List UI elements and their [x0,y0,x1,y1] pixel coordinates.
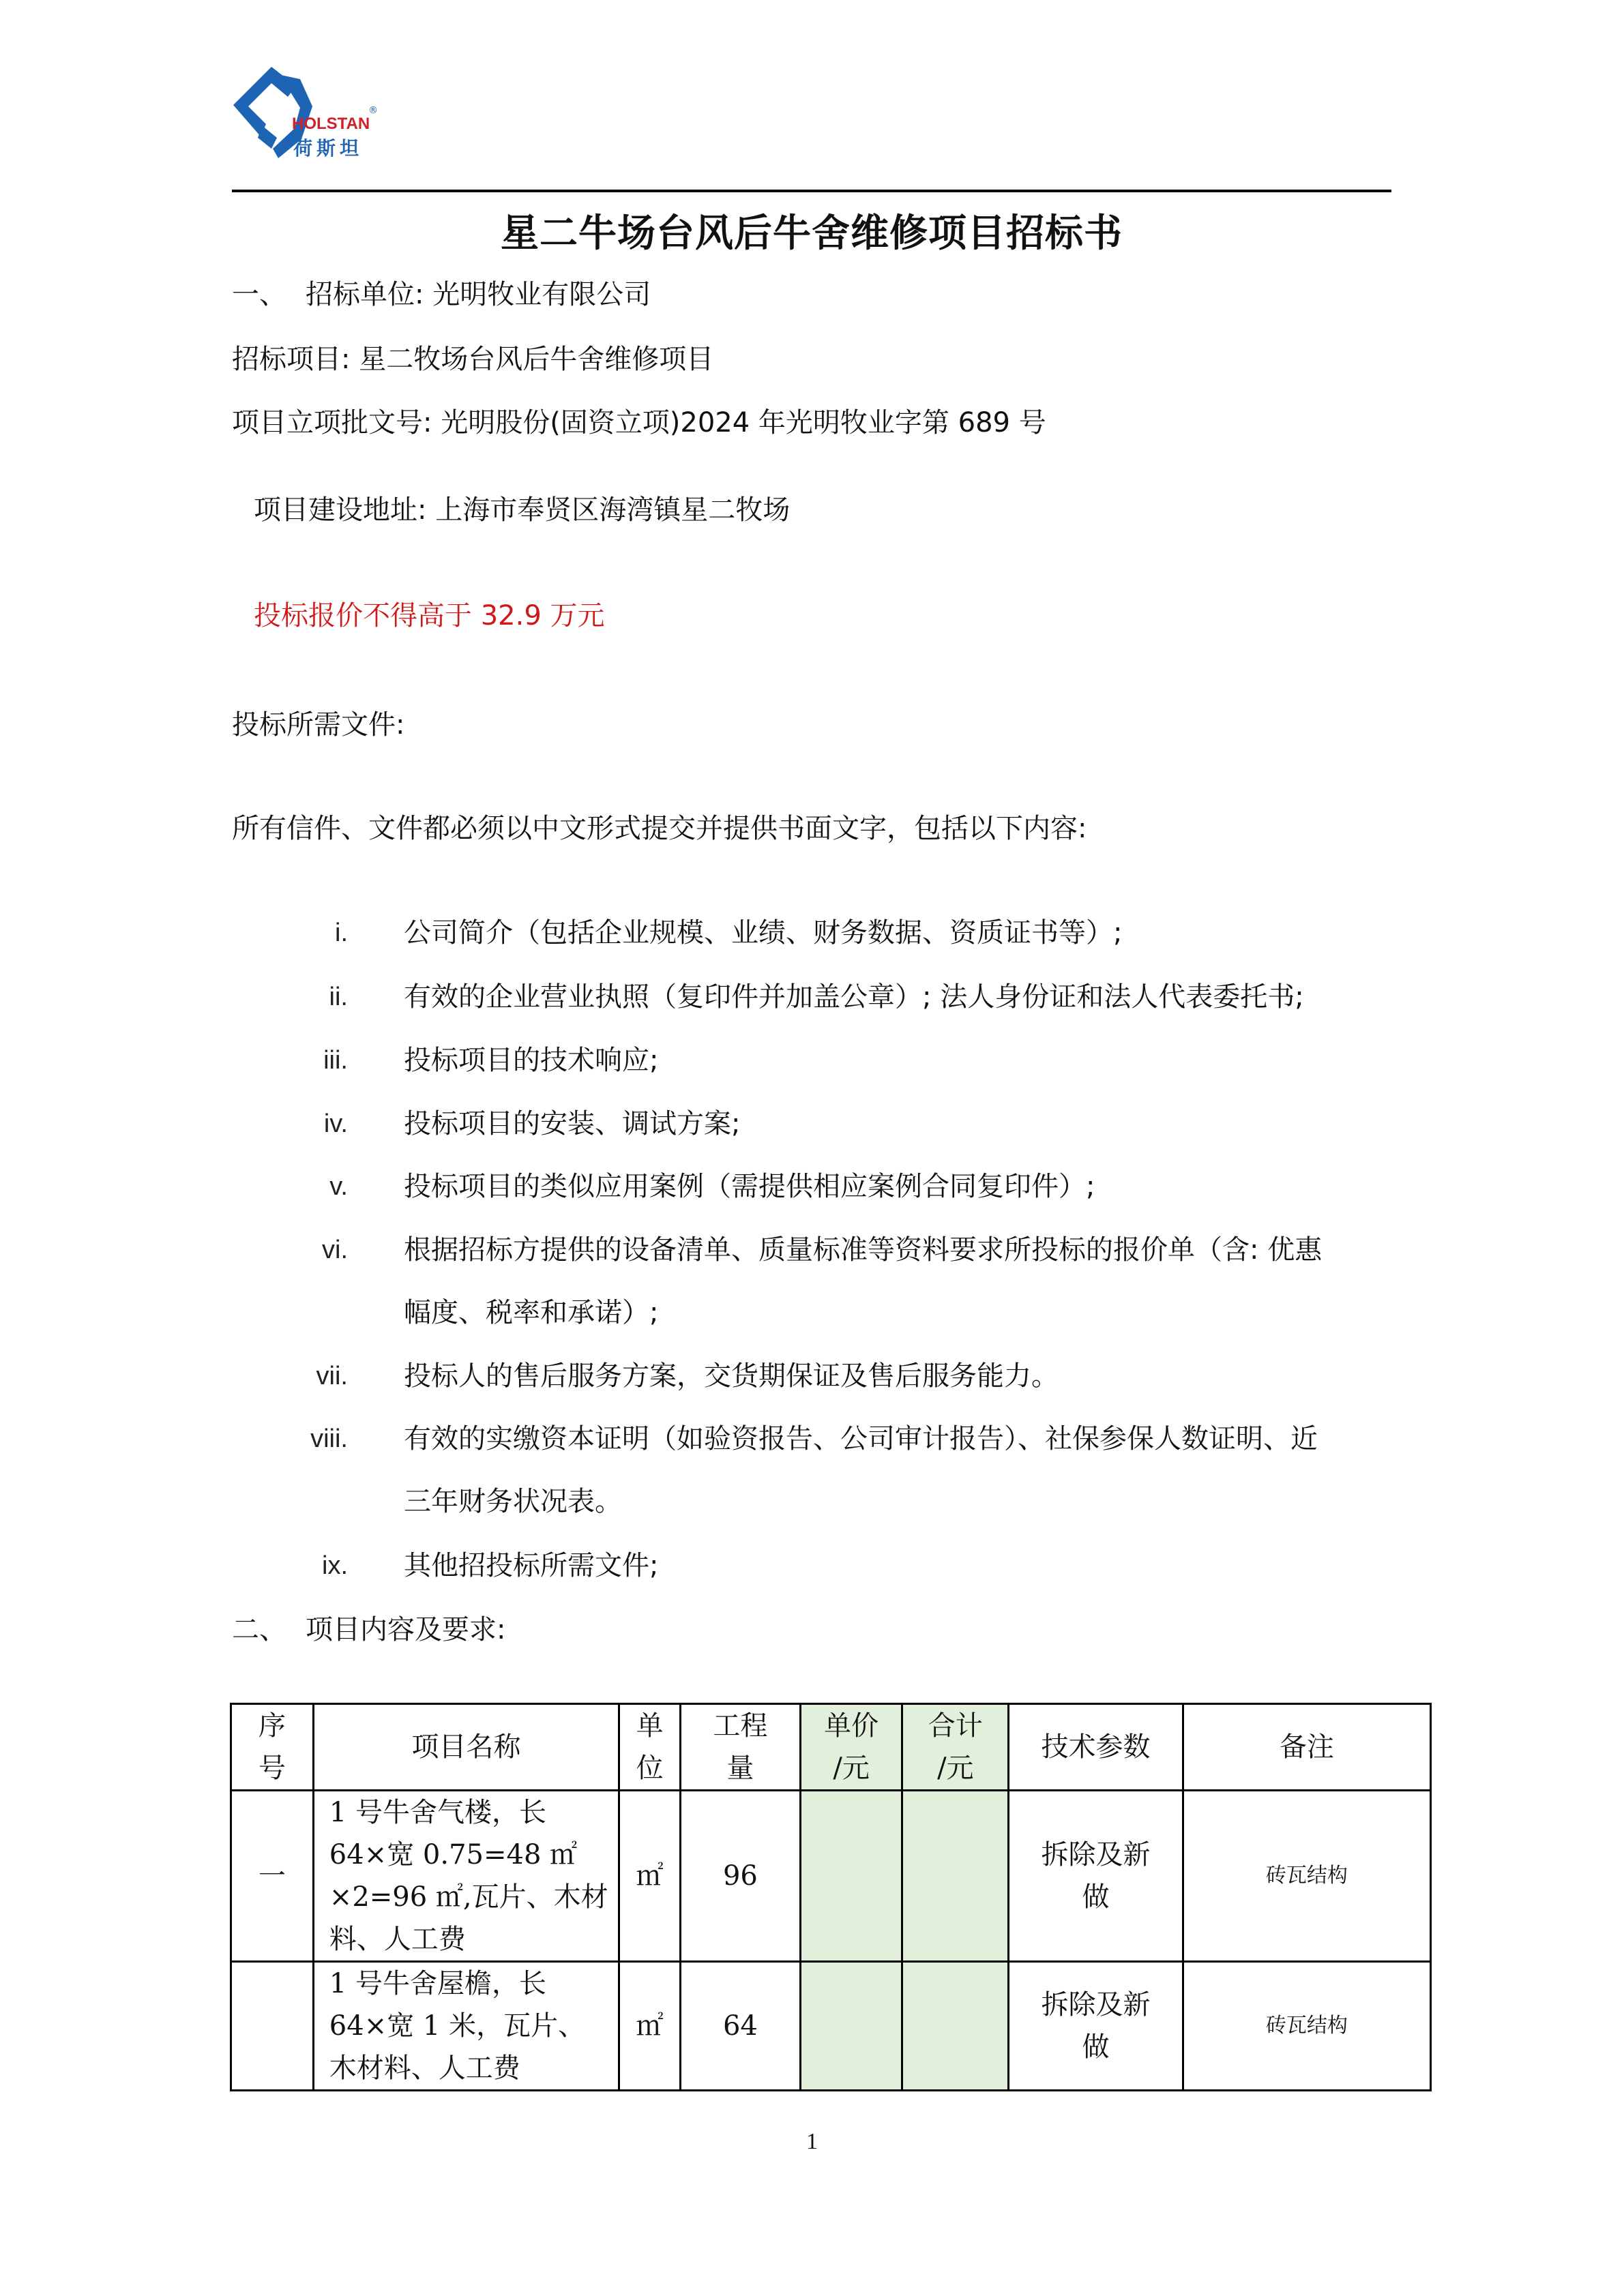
holstan-logo: HOLSTAN ® 荷斯坦 [233,63,390,162]
address-value: 上海市奉贤区海湾镇星二牧场 [435,494,790,526]
cell-notes: 砖瓦结构 [1183,1962,1430,2091]
cell-unit: ㎡ [619,1791,681,1962]
table-row: 一 1 号牛舍气楼，长 64×宽 0.75=48 ㎡×2=96 ㎡,瓦片、木材料… [231,1791,1431,1962]
list-item-number: vii. [232,1358,348,1394]
cell-tech-params: 拆除及新做 [1009,1962,1183,2091]
section1-heading: 招标单位: 光明牧业有限公司 [306,277,651,312]
list-item-number: iv. [232,1106,348,1142]
project-line: 招标项目: 星二牧场台风后牛舍维修项目 [232,342,713,377]
list-item-text: 有效的实缴资本证明（如验资报告、公司审计报告）、社保参保人数证明、近 [404,1421,1318,1457]
header-notes: 备注 [1183,1704,1430,1791]
table-row: 1 号牛舍屋檐，长 64×宽 1 米，瓦片、木材料、人工费 ㎡ 64 拆除及新做… [231,1962,1431,2091]
list-item-number: viii. [232,1421,348,1457]
section1-number: 一、 [232,277,286,312]
header-total: 合计/元 [902,1704,1009,1791]
cell-total[interactable] [902,1791,1009,1962]
page-number: 1 [0,2129,1624,2155]
bidder-org-label: 招标单位: [306,279,424,310]
list-item-text: 公司简介（包括企业规模、业绩、财务数据、资质证书等）; [404,915,1122,951]
registered-mark: ® [368,105,378,116]
list-item-text: 投标项目的类似应用案例（需提供相应案例合同复印件）; [404,1169,1095,1204]
required-docs-intro: 所有信件、文件都必须以中文形式提交并提供书面文字，包括以下内容: [232,811,1087,846]
cell-item-name: 1 号牛舍屋檐，长 64×宽 1 米，瓦片、木材料、人工费 [313,1962,619,2091]
section2-number: 二、 [232,1612,286,1648]
cell-quantity: 64 [681,1962,801,2091]
project-label: 招标项目: [232,344,350,375]
list-item-number: vi. [232,1232,348,1268]
logo-brand-cn: 荷斯坦 [293,134,363,161]
required-docs-heading: 投标所需文件: [232,707,404,743]
header-rule [232,190,1391,192]
cell-notes: 砖瓦结构 [1183,1791,1430,1962]
approval-line: 项目立项批文号: 光明股份(固资立项)2024 年光明牧业字第 689 号 [232,405,1046,441]
approval-label: 项目立项批文号: [232,407,432,438]
project-value: 星二牧场台风后牛舍维修项目 [359,344,713,375]
cell-unit-price[interactable] [800,1791,902,1962]
header-unit: 单位 [619,1704,681,1791]
bid-items-table: 序号 项目名称 单位 工程量 单价/元 合计/元 技术参数 备注 一 1 号牛舍… [230,1703,1432,2091]
document-title: 星二牛场台风后牛舍维修项目招标书 [232,203,1391,258]
list-item-text-continued: 三年财务状况表。 [404,1484,622,1519]
list-item-number: ii. [232,979,348,1015]
table-header-row: 序号 项目名称 单位 工程量 单价/元 合计/元 技术参数 备注 [231,1704,1431,1791]
cell-quantity: 96 [681,1791,801,1962]
cell-unit: ㎡ [619,1962,681,2091]
header-item-name: 项目名称 [313,1704,619,1791]
list-item-text-continued: 幅度、税率和承诺）; [404,1295,658,1330]
header-quantity: 工程量 [681,1704,801,1791]
list-item-number: v. [232,1169,348,1204]
cell-total[interactable] [902,1962,1009,2091]
address-line: 项目建设地址: 上海市奉贤区海湾镇星二牧场 [254,492,790,528]
cell-tech-params: 拆除及新做 [1009,1791,1183,1962]
header-unit-price: 单价/元 [800,1704,902,1791]
list-item-text: 根据招标方提供的设备清单、质量标准等资料要求所投标的报价单（含: 优惠 [404,1232,1322,1268]
price-limit-notice: 投标报价不得高于 32.9 万元 [254,598,605,633]
section2-heading: 项目内容及要求: [306,1612,505,1648]
cell-item-name: 1 号牛舍气楼，长 64×宽 0.75=48 ㎡×2=96 ㎡,瓦片、木材料、人… [313,1791,619,1962]
cell-seq: 一 [231,1791,314,1962]
list-item-number: i. [232,915,348,951]
list-item-number: ix. [232,1548,348,1583]
list-item-text: 投标项目的安装、调试方案; [404,1106,740,1142]
list-item-text: 投标项目的技术响应; [404,1043,658,1078]
list-item-number: iii. [232,1043,348,1078]
approval-value: 光明股份(固资立项)2024 年光明牧业字第 689 号 [441,407,1046,438]
header-seq: 序号 [231,1704,314,1791]
address-label: 项目建设地址: [254,494,426,526]
logo-brand-en: HOLSTAN [292,115,370,134]
list-item-text: 其他招投标所需文件; [404,1548,658,1583]
bidder-org-value: 光明牧业有限公司 [432,279,651,310]
header-tech-params: 技术参数 [1009,1704,1183,1791]
cell-seq [231,1962,314,2091]
cell-unit-price[interactable] [800,1962,902,2091]
list-item-text: 投标人的售后服务方案，交货期保证及售后服务能力。 [404,1358,1059,1394]
list-item-text: 有效的企业营业执照（复印件并加盖公章）; 法人身份证和法人代表委托书; [404,979,1304,1015]
